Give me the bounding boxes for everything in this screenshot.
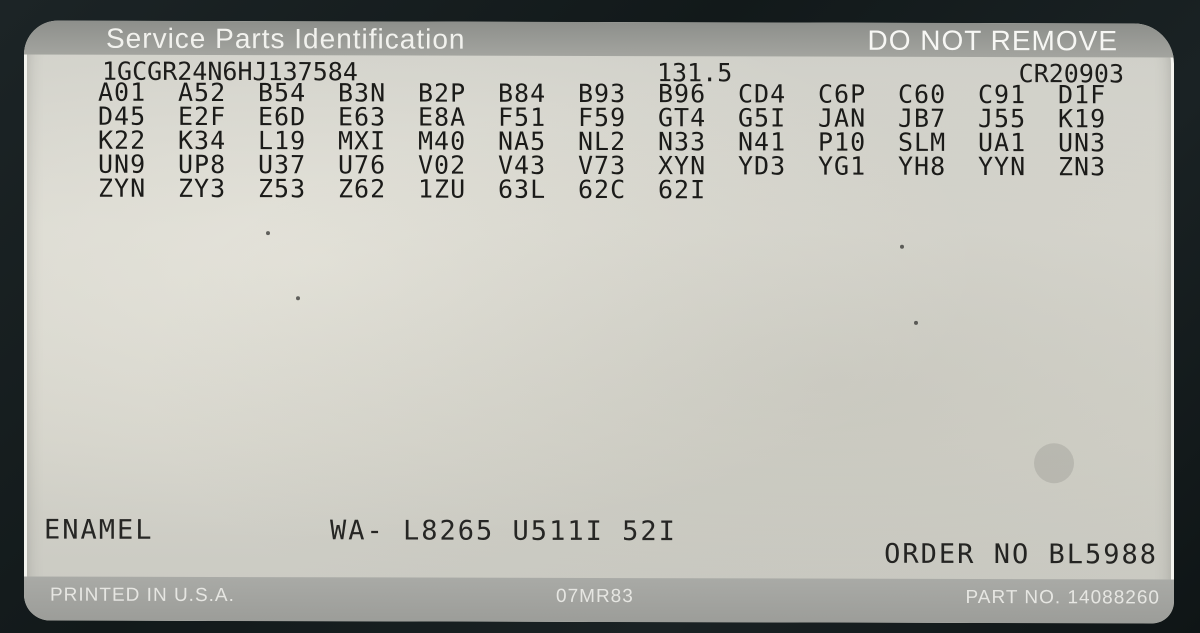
rpo-code: YD3 <box>738 154 818 178</box>
rpo-code: 1ZU <box>418 178 498 202</box>
rpo-code: YH8 <box>898 155 978 179</box>
paint-code: WA- L8265 U511I 52I <box>330 515 677 547</box>
printed-in: PRINTED IN U.S.A. <box>50 585 235 607</box>
dirt-speck <box>900 245 904 249</box>
dirt-speck <box>266 231 270 235</box>
rpo-code: Z62 <box>338 177 418 201</box>
rpo-code: 62C <box>578 178 658 202</box>
rpo-code: YG1 <box>818 155 898 179</box>
rpo-code: ZN3 <box>1058 155 1138 179</box>
date-code: 07MR83 <box>556 586 634 608</box>
part-number: PART NO. 14088260 <box>966 587 1160 610</box>
service-parts-id-label: Service Parts Identification DO NOT REMO… <box>24 20 1174 623</box>
dirt-speck <box>296 296 300 300</box>
rpo-code: ZY3 <box>178 177 258 201</box>
rpo-code: 62I <box>658 178 738 202</box>
paint-type: ENAMEL <box>44 515 154 546</box>
label-footer-band: PRINTED IN U.S.A. 07MR83 PART NO. 140882… <box>24 576 1174 623</box>
label-title: Service Parts Identification <box>106 23 466 56</box>
rpo-code: YYN <box>978 155 1058 179</box>
rpo-code: Z53 <box>258 177 338 201</box>
dirt-smudge <box>1034 443 1074 483</box>
do-not-remove-warning: DO NOT REMOVE <box>867 25 1118 58</box>
order-number: ORDER NO BL5988 <box>884 539 1158 571</box>
label-header-band: Service Parts Identification DO NOT REMO… <box>24 20 1174 57</box>
rpo-code-grid: A01 A52 B54 B3N B2P B84 B93 B96 CD4 C6P … <box>98 81 1138 204</box>
rpo-code: 63L <box>498 178 578 202</box>
rpo-code: ZYN <box>98 177 178 201</box>
dirt-speck <box>914 321 918 325</box>
